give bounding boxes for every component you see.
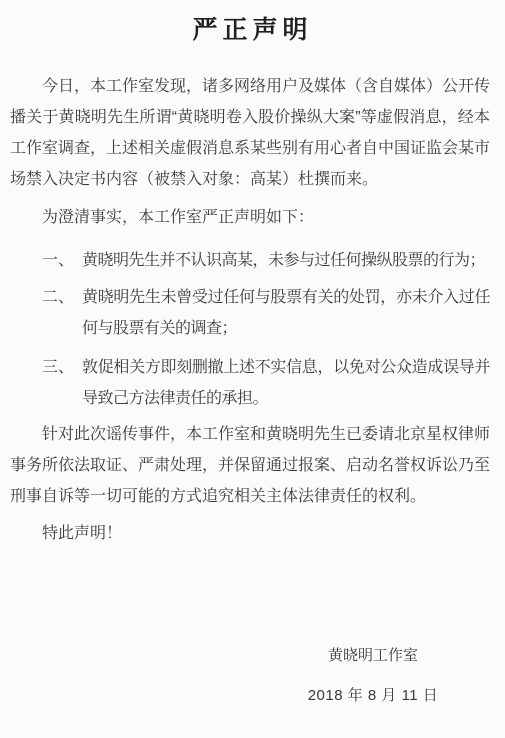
- list-item: 一、 黄晓明先生并不认识高某，未参与过任何操纵股票的行为；: [42, 245, 490, 276]
- signature-block: 黄晓明工作室 2018 年 8 月 11 日: [273, 640, 473, 711]
- signature-name: 黄晓明工作室: [273, 640, 473, 671]
- list-item-text: 敦促相关方即刻删撤上述不实信息，以免对公众造成误导并导致己方法律责任的承担。: [82, 352, 490, 414]
- paragraph-intro: 今日，本工作室发现，诸多网络用户及媒体（含自媒体）公开传播关于黄晓明先生所谓“黄…: [10, 71, 490, 195]
- statement-document: 严正声明 今日，本工作室发现，诸多网络用户及媒体（含自媒体）公开传播关于黄晓明先…: [0, 0, 505, 738]
- paragraph-final-declaration: 特此声明！: [10, 518, 490, 549]
- list-item-text: 黄晓明先生并不认识高某，未参与过任何操纵股票的行为；: [82, 245, 490, 276]
- list-item-marker: 三、: [42, 352, 82, 383]
- list-item-text: 黄晓明先生未曾受过任何与股票有关的处罚，亦未介入过任何与股票有关的调查；: [82, 282, 490, 344]
- list-item: 三、 敦促相关方即刻删撤上述不实信息，以免对公众造成误导并导致己方法律责任的承担…: [42, 352, 490, 414]
- signature-date: 2018 年 8 月 11 日: [273, 680, 473, 711]
- list-item: 二、 黄晓明先生未曾受过任何与股票有关的处罚，亦未介入过任何与股票有关的调查；: [42, 282, 490, 344]
- paragraph-lead-in: 为澄清事实，本工作室严正声明如下：: [10, 202, 490, 233]
- list-item-marker: 一、: [42, 245, 82, 276]
- paragraph-closing: 针对此次谣传事件，本工作室和黄晓明先生已委请北京星权律师事务所依法取证、严肃处理…: [10, 419, 490, 512]
- list-item-marker: 二、: [42, 282, 82, 313]
- statement-list: 一、 黄晓明先生并不认识高某，未参与过任何操纵股票的行为； 二、 黄晓明先生未曾…: [42, 245, 490, 414]
- document-title: 严正声明: [0, 0, 505, 44]
- document-body: 今日，本工作室发现，诸多网络用户及媒体（含自媒体）公开传播关于黄晓明先生所谓“黄…: [0, 71, 505, 711]
